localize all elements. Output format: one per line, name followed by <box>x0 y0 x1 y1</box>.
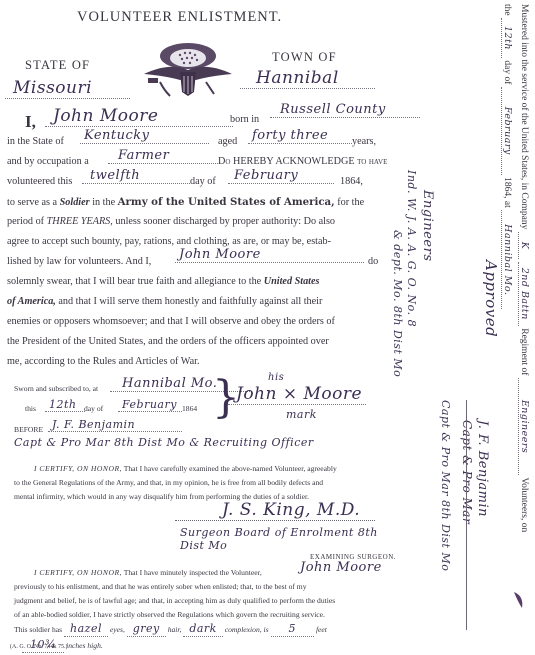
sworn-day-value: 12th <box>45 398 85 412</box>
feet-value: 5 <box>271 622 315 637</box>
serve-line: to serve as a Soldier in the Army of the… <box>7 192 364 213</box>
muster-text-1b: Regiment of <box>519 328 529 375</box>
muster-line-1: Mustered into the service of the United … <box>518 4 530 532</box>
eyes-label: eyes, <box>110 625 125 634</box>
eagle-emblem-icon <box>140 40 236 100</box>
description-line: This soldier has hazel eyes, grey hair, … <box>14 622 327 637</box>
muster-regiment-value: Engineers <box>518 378 530 475</box>
signature-his: his <box>268 372 284 383</box>
officer-cert-lead: I CERTIFY, ON HONOR, <box>34 568 122 577</box>
muster-text-2b: day of <box>502 60 512 84</box>
serve-text-2: in the <box>92 197 115 208</box>
muster-day-value: 12th <box>501 18 513 58</box>
soldier-word: Soldier <box>60 197 90 208</box>
sworn-day-of-label: day of <box>84 402 103 416</box>
hair-value: grey <box>127 622 166 637</box>
complexion-label: complexion, is <box>225 625 269 634</box>
serve-text-3: for the <box>337 197 364 208</box>
inspected-volunteer-name: John Moore <box>300 560 382 575</box>
birthplace-value: Russell County <box>270 102 420 118</box>
united-states-text: United States <box>264 276 320 287</box>
town-value: Hannibal <box>240 68 375 89</box>
annotation-capt: Capt & Pro Mar 8th Dist Mo <box>439 400 452 571</box>
officer-cert-line-1: I CERTIFY, ON HONOR, That I have minutel… <box>14 566 262 580</box>
volunteered-day-value: twelfth <box>82 168 190 184</box>
america-line: of America, and that I will serve them h… <box>7 292 322 312</box>
muster-line-2: the 12th day of February 1864, at Hannib… <box>501 4 513 309</box>
inches-label: inches high. <box>66 641 103 650</box>
signature-mark: mark <box>286 408 317 421</box>
volunteered-label: volunteered this <box>7 172 72 192</box>
officer-cert-line-3: judgment and belief, he is of lawful age… <box>14 594 335 608</box>
law-line: lished by law for volunteers. And I, <box>7 252 151 272</box>
muster-approved: Approved <box>482 260 500 337</box>
hair-label: hair, <box>168 625 182 634</box>
swear-line: solemnly swear, that I will bear true fa… <box>7 272 320 292</box>
born-in-label: born in <box>230 110 259 130</box>
sworn-month-value: February <box>118 398 182 412</box>
day-of-label: day of <box>190 172 216 192</box>
army-text: Army of the United States of America, <box>118 196 335 208</box>
age-value: forty three <box>248 128 352 144</box>
birth-state-value: Kentucky <box>80 128 209 144</box>
enlistee-signature: John × Moore <box>228 384 366 405</box>
town-label: TOWN OF <box>272 50 337 65</box>
sworn-year-value: 1864 <box>182 402 197 416</box>
muster-place-value: Hannibal Mo. <box>501 210 513 309</box>
year-value: 1864, <box>340 172 363 192</box>
three-years: THREE YEARS, <box>47 216 113 227</box>
before-officer-name: J. F. Benjamin <box>48 418 182 432</box>
muster-text-2c: 1864, at <box>502 177 512 208</box>
state-field: Missouri <box>5 78 130 99</box>
serve-text-1: to serve as a <box>7 197 57 208</box>
has-label: This soldier has <box>14 625 62 634</box>
surgeon-signature-line <box>175 520 375 521</box>
eyes-value: hazel <box>64 622 108 637</box>
volunteered-month-value: February <box>228 168 334 184</box>
period-line: period of THREE YEARS, unless sooner dis… <box>7 212 335 232</box>
enlistment-document: VOLUNTEER ENLISTMENT. STATE OF Missouri … <box>0 0 535 655</box>
officer-cert-line-4: of an able-bodied soldier, I have strict… <box>14 608 325 622</box>
officer-cert-text-1: That I have minutely inspected the Volun… <box>124 568 262 577</box>
enlistee-name: John Moore <box>45 106 233 127</box>
muster-regiment-number: 2nd Battn <box>518 262 530 326</box>
surgeon-cert-lead: I CERTIFY, ON HONOR, <box>34 464 122 473</box>
annotation-engineers: Engineers <box>420 190 435 262</box>
annotation-dept: & dept. Mo. 8th Dist Mo <box>391 230 404 377</box>
state-value: Missouri <box>5 78 130 99</box>
before-officer-title: Capt & Pro Mar 8th Dist Mo & Recruiting … <box>14 436 314 449</box>
years-label: years, <box>352 132 376 152</box>
overlay-anchor <box>130 0 131 1</box>
surgeon-title-hand: Surgeon Board of Enrolment 8th Dist Mo <box>180 526 380 552</box>
muster-text-1a: Mustered into the service of the United … <box>519 4 529 229</box>
occupation-value: Farmer <box>108 148 218 164</box>
officer-cert-line-2: previously to his enlistment, and that h… <box>14 580 307 594</box>
oath-name-value: John Moore <box>175 247 364 263</box>
surgeon-cert-text-1: That I have carefully examined the above… <box>124 464 337 473</box>
surgeon-cert-line-2: to the General Regulations of the Army, … <box>14 476 323 490</box>
sworn-this-label: this <box>25 402 36 416</box>
state-label: STATE OF <box>25 58 90 73</box>
complexion-value: dark <box>183 622 223 637</box>
sworn-label: Sworn and subscribed to, at <box>14 382 98 396</box>
form-number: (A. G. O. No. 74 & 75.) <box>10 644 68 650</box>
serve-honestly-text: and that I will serve them honestly and … <box>58 296 322 307</box>
of-america-text: of America, <box>7 296 56 307</box>
muster-text-2a: the <box>502 4 512 16</box>
annotation-order: Ind. W. J. A. A. G. O. No. 8 <box>405 170 418 327</box>
enlistment-prefix: I, <box>25 112 36 132</box>
occupation-label: and by occupation a <box>7 152 89 172</box>
period-text-2: unless sooner discharged by proper autho… <box>115 216 335 227</box>
feet-label: feet <box>316 625 327 634</box>
muster-officer-title: Capt & Pro Mar <box>460 420 474 524</box>
ink-blot-icon <box>512 590 526 610</box>
aged-label: aged <box>218 132 237 152</box>
swear-text: solemnly swear, that I will bear true fa… <box>7 276 261 287</box>
muster-company-value: K <box>518 232 530 260</box>
period-text-1: period of <box>7 216 44 227</box>
muster-officer-name: J. F. Benjamin <box>475 420 490 517</box>
document-title: VOLUNTEER ENLISTMENT. <box>77 9 282 26</box>
surgeon-cert-line-1: I CERTIFY, ON HONOR, That I have careful… <box>14 462 337 476</box>
enemies-line: enemies or opposers whomsoever; and that… <box>7 312 335 332</box>
muster-divider-line <box>466 400 467 630</box>
muster-text-1c: Volunteers, on <box>519 478 529 533</box>
state-of-label: in the State of <box>7 132 64 152</box>
town-field: Hannibal <box>240 68 375 89</box>
president-line: the President of the United States, and … <box>7 332 329 352</box>
surgeon-signature: J. S. King, M.D. <box>222 500 360 520</box>
muster-month-value: February <box>501 87 513 175</box>
do-text: do <box>368 252 378 272</box>
rules-line: me, according to the Rules and Articles … <box>7 352 200 372</box>
